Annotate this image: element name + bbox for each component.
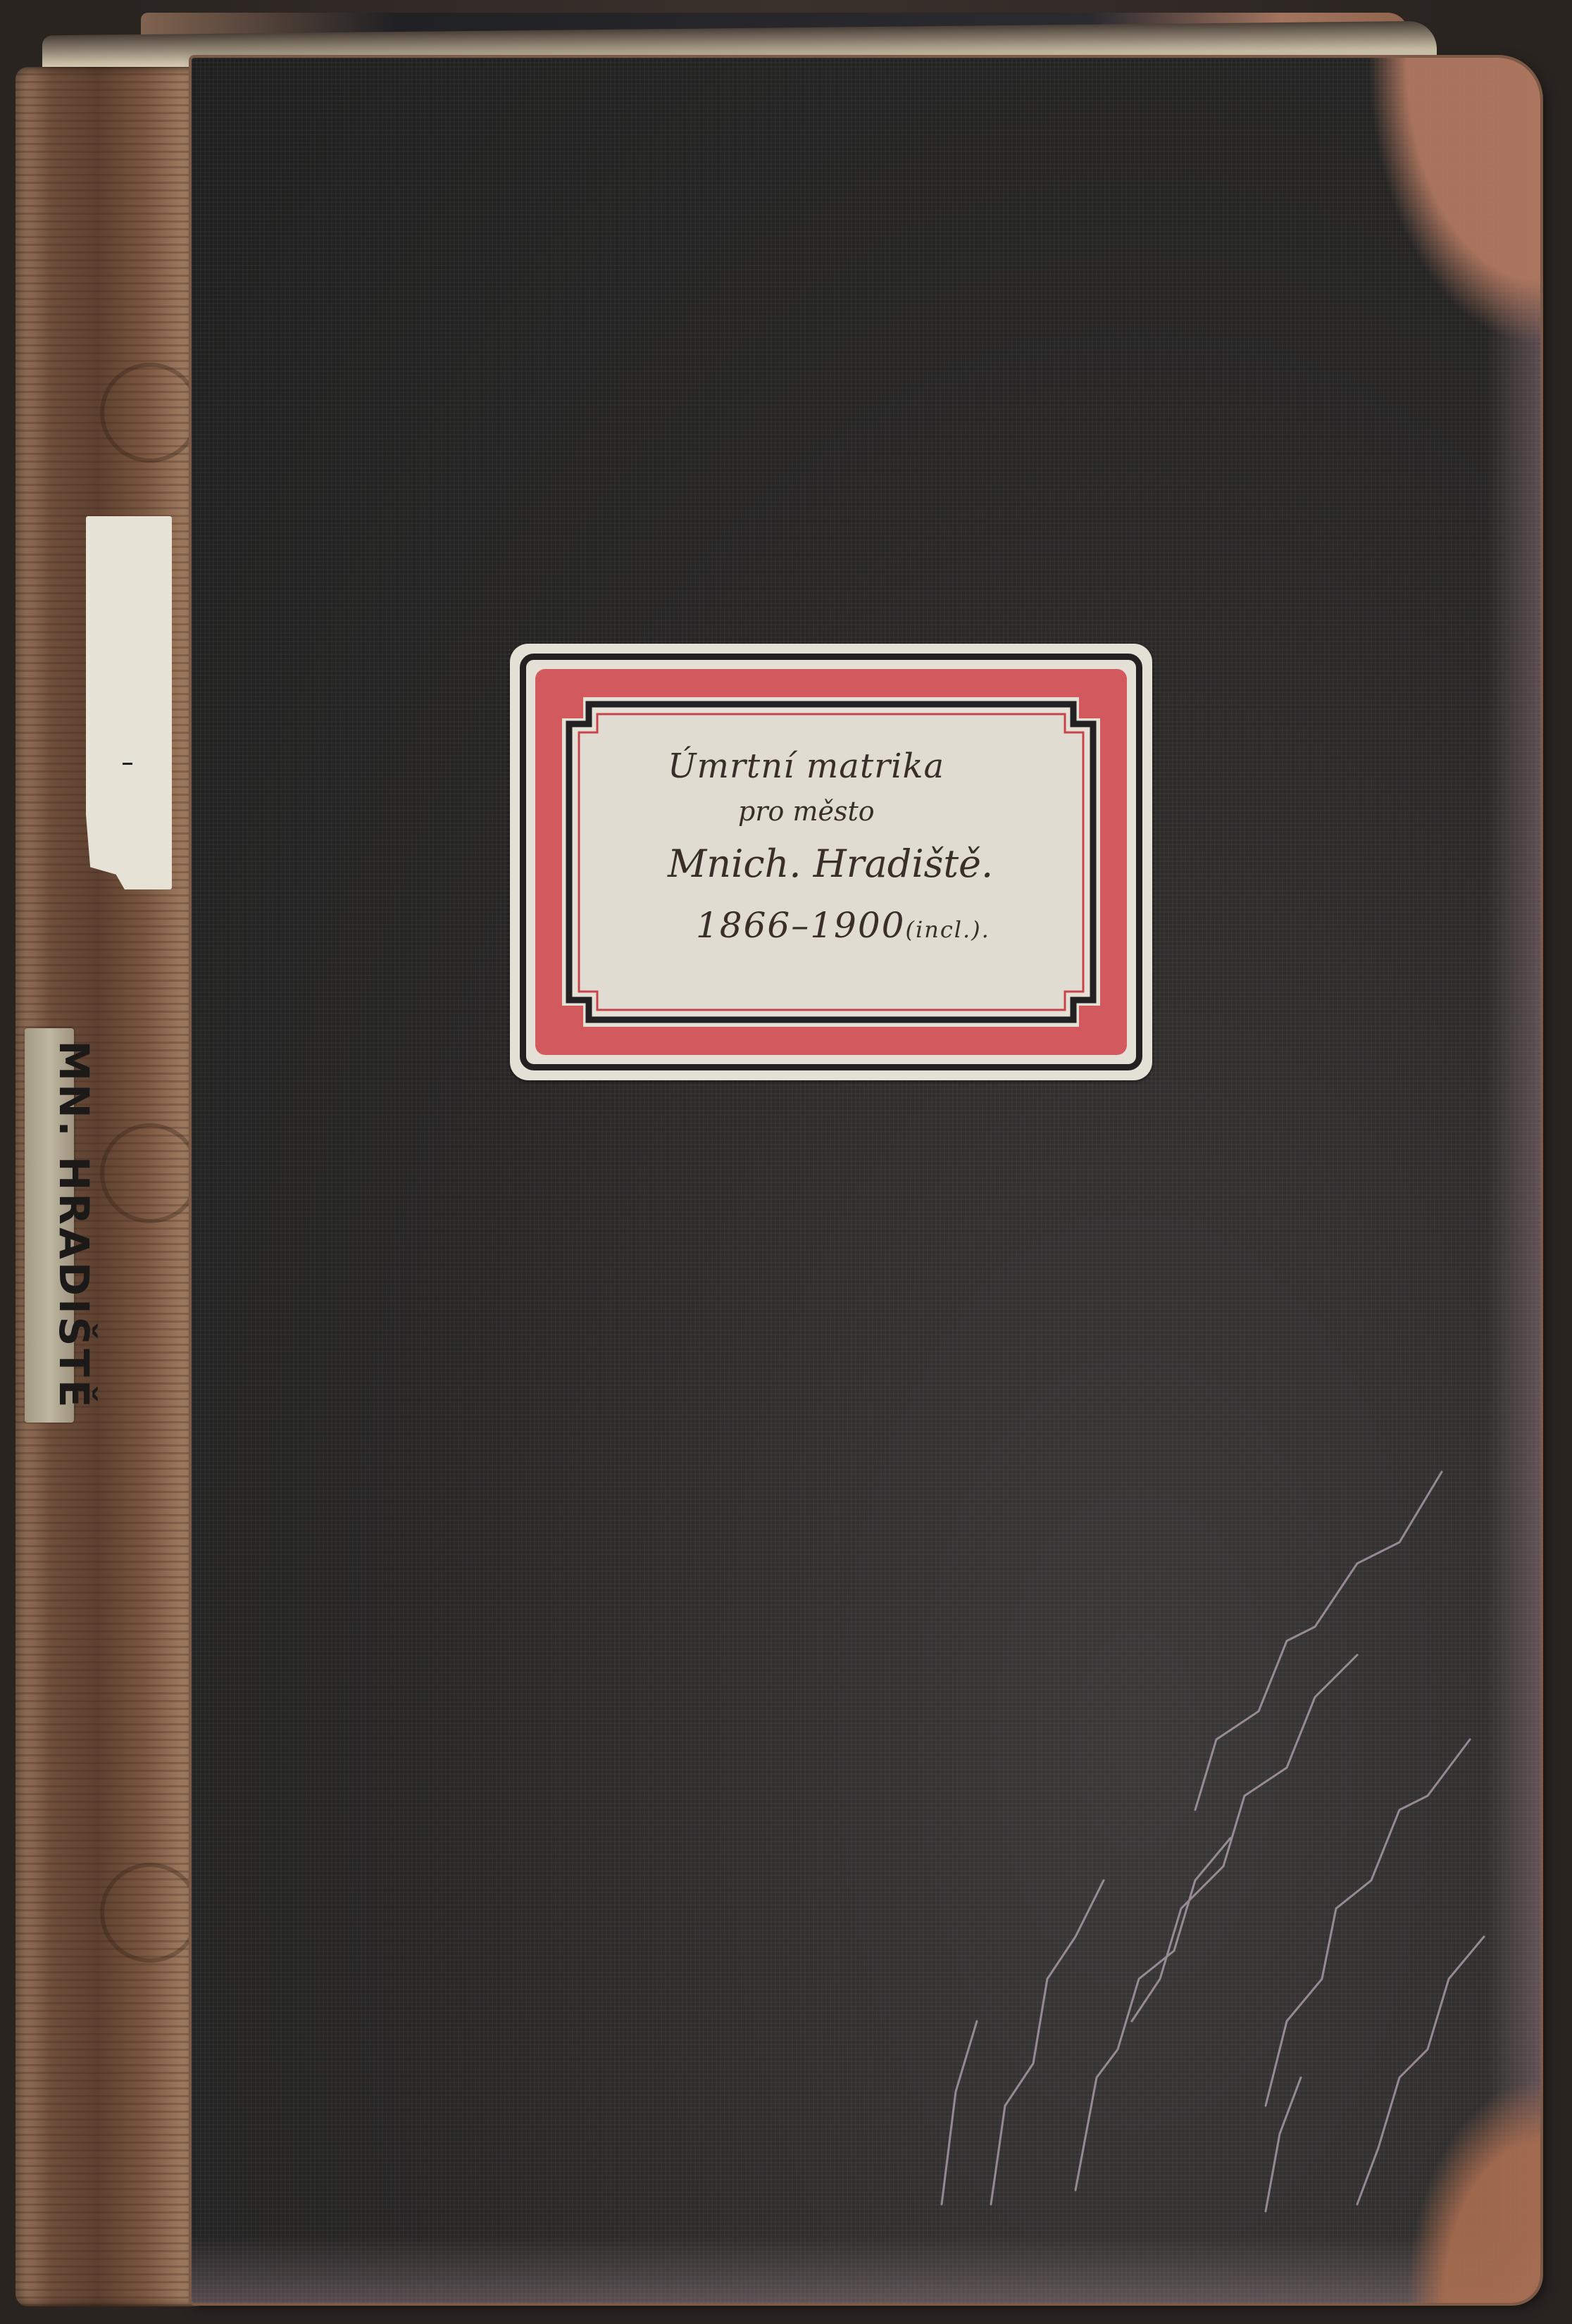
label-line-title: Úmrtní matrika (668, 746, 944, 786)
spine-ornament-icon (100, 1863, 200, 1963)
cover-title-label: Úmrtní matrika pro město Mnich. Hradiště… (510, 644, 1152, 1080)
spine-paper-mark (123, 763, 132, 765)
spine-ornament-icon (100, 1123, 200, 1223)
front-cover (192, 58, 1540, 2303)
spine-label: MN. HRADIŠTĚ (25, 1028, 74, 1423)
label-line-town-name: Mnich. Hradiště. (668, 842, 993, 886)
cloth-crackle-pattern (864, 1444, 1498, 2218)
spine-paper-strip (86, 516, 172, 889)
label-line-years: 1866–1900(incl.). (696, 905, 990, 946)
spine-ornament-icon (100, 363, 200, 463)
label-years: 1866–1900 (696, 905, 906, 946)
label-handwriting: Úmrtní matrika pro město Mnich. Hradiště… (562, 697, 1100, 1027)
label-line-for-town: pro město (738, 796, 875, 827)
label-inner-panel: Úmrtní matrika pro město Mnich. Hradiště… (562, 697, 1100, 1027)
cover-corner-wear (192, 58, 1540, 2303)
label-years-note: (incl.). (906, 916, 990, 943)
spine-label-text: MN. HRADIŠTĚ (49, 1028, 99, 1423)
